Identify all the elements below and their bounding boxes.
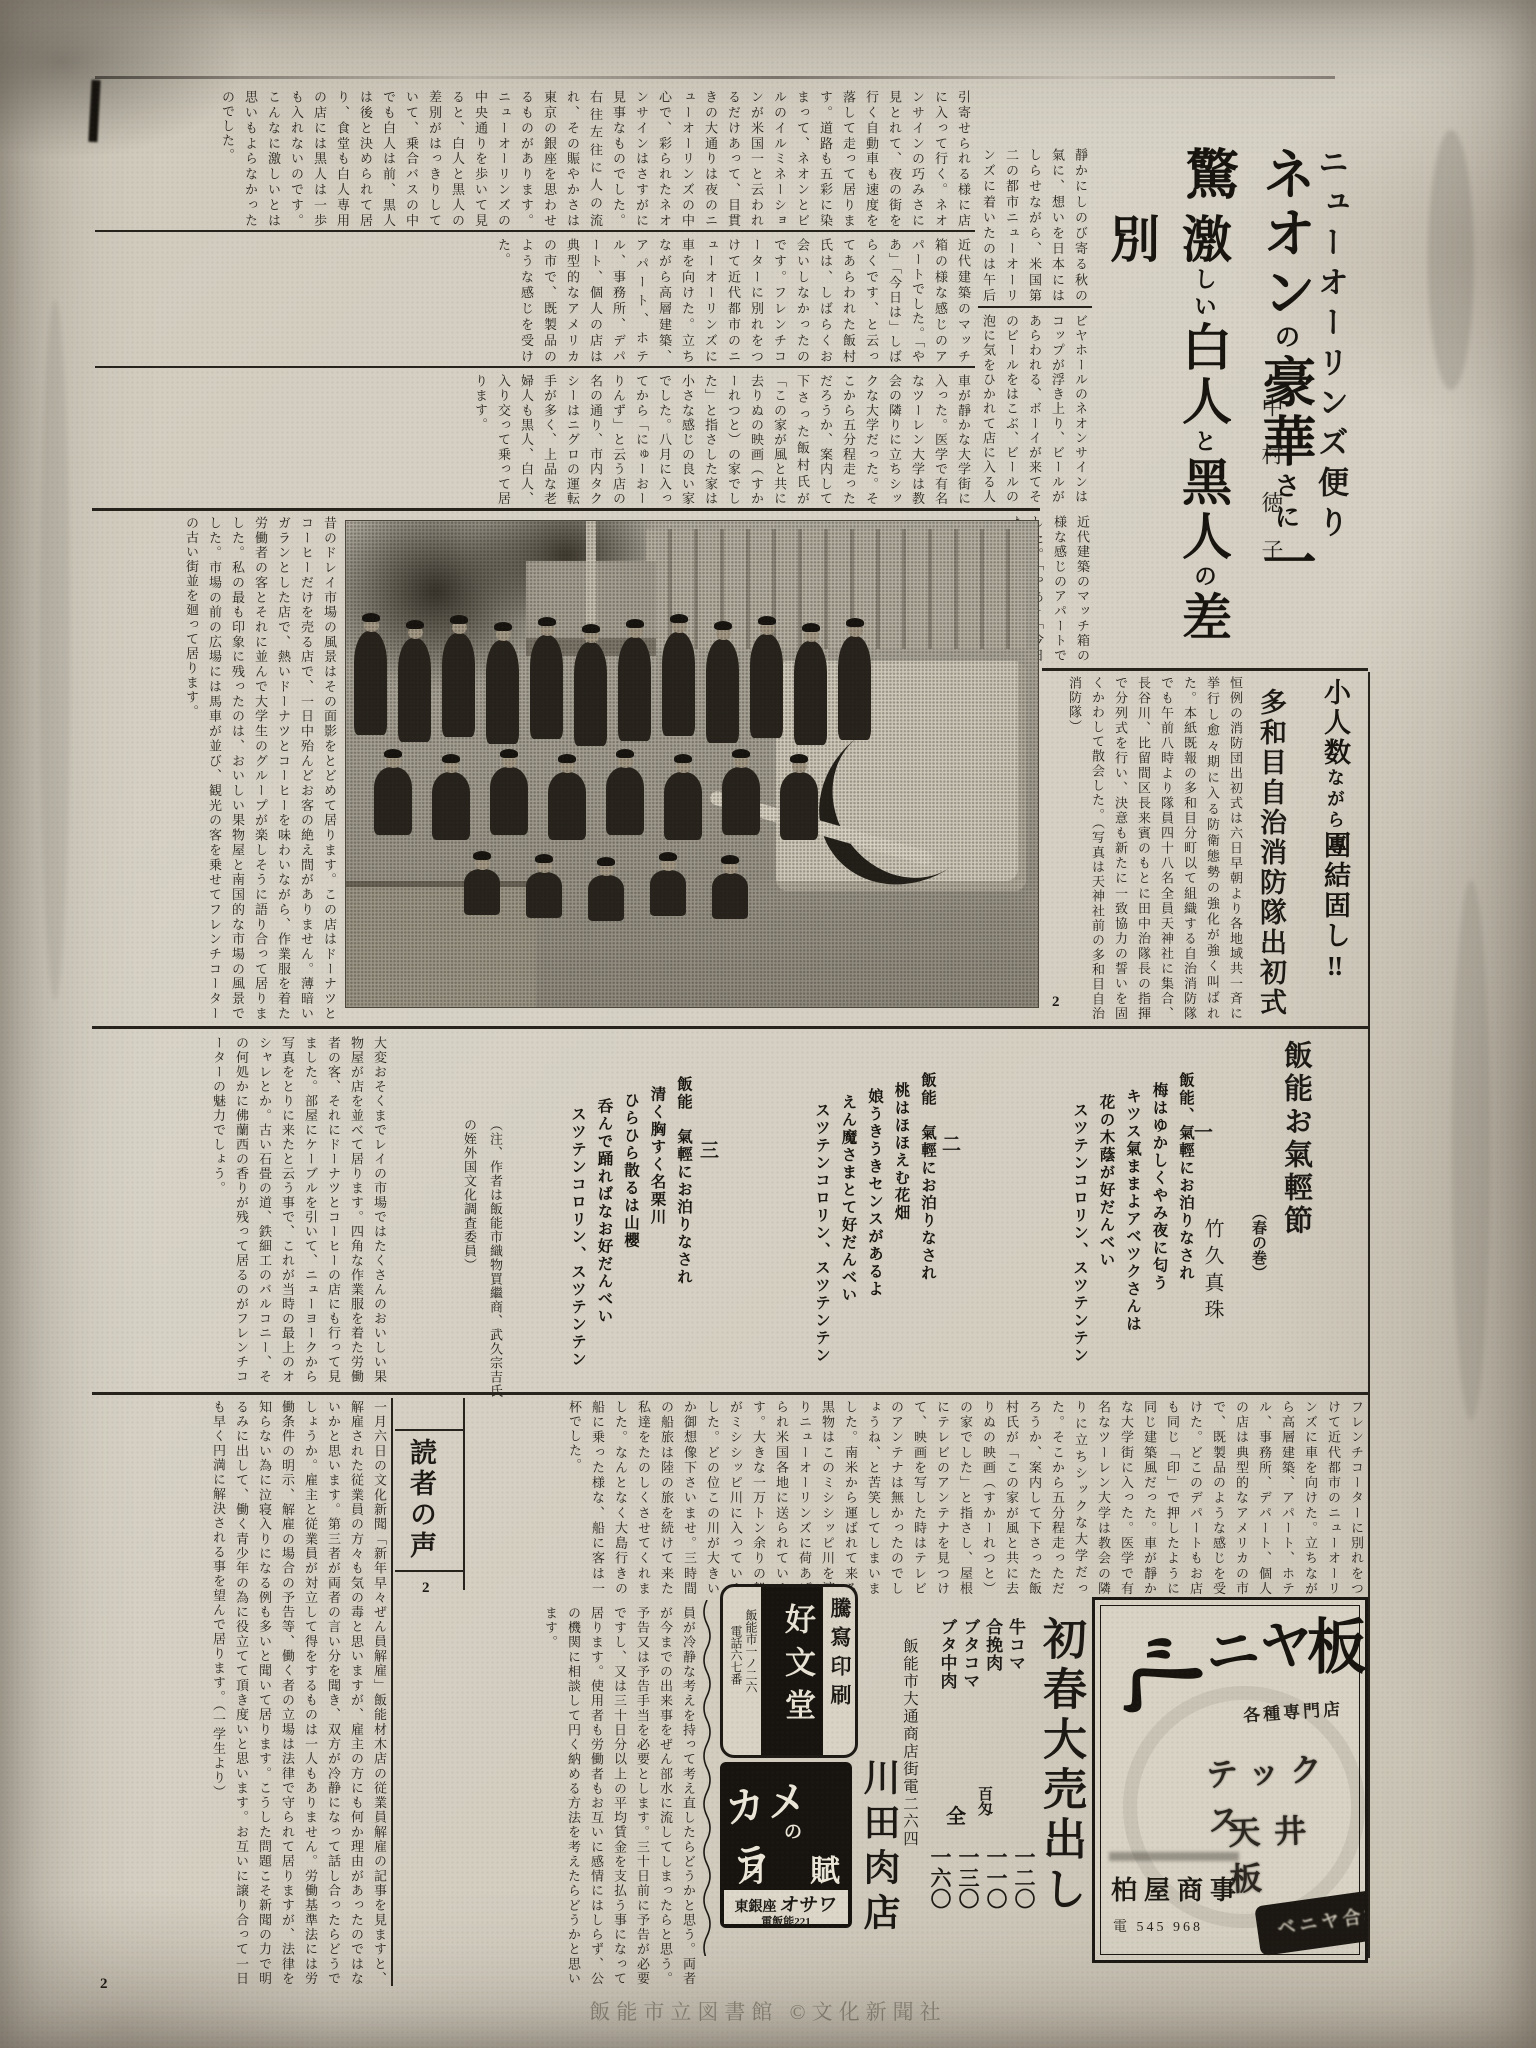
photo-figure xyxy=(450,615,468,624)
ad-kobundo: 騰寫印刷 好文堂 飯能市一ノ二六 電話六七番 xyxy=(720,1584,858,1758)
photo-figure xyxy=(384,749,402,758)
ad-kobundo-shop: 好文堂 xyxy=(775,1603,820,1743)
photo-figure xyxy=(442,633,475,737)
photo-figure xyxy=(732,749,750,758)
photo-figure xyxy=(674,754,692,763)
headline-segment: ながら xyxy=(1325,768,1345,831)
ad-benya-item2: 天井板 xyxy=(1227,1804,1366,1901)
poem-verse-2: 飯能 氣輕にお泊りなされ桃はほほえむ花畑娘うきうきセンスがあるよえん魔さまとて好… xyxy=(800,1072,935,1387)
photo-figure xyxy=(473,851,491,860)
photo-figure xyxy=(780,772,818,840)
column-number: 2 xyxy=(422,1580,430,1597)
ad-camera-shop-pre: 東銀座 xyxy=(734,1900,776,1915)
article-text-band-b: 近代建築のマッチ箱の様な感じのアパートでした。「やあ」「今日は」しばらくです、と… xyxy=(95,238,975,364)
ad-camera-tel: 電飯能221 xyxy=(724,1917,848,1928)
scan-smudge xyxy=(1452,880,1490,1420)
photo-figure xyxy=(802,623,820,632)
photo-figure xyxy=(526,872,562,918)
photo-figure xyxy=(494,622,512,631)
ad-benya-shop: 柏屋商事 xyxy=(1111,1870,1243,1907)
ad-benya-smudge xyxy=(1109,1852,1239,1861)
ad-benya-tel: 電 545 968 xyxy=(1113,1916,1203,1936)
verse-number: 二 xyxy=(936,1134,963,1153)
rule-major xyxy=(92,1026,1368,1029)
ad-camera-shop: オサワ xyxy=(779,1890,840,1917)
photo-figure xyxy=(432,772,470,840)
photo-figure xyxy=(794,641,827,745)
list-item: 飯能 氣輕にお泊りなされ xyxy=(676,1076,692,1391)
photo-figure xyxy=(588,875,624,921)
photo-figure xyxy=(500,749,518,758)
photo-figure xyxy=(758,616,776,625)
scan-caption: 飯能市立図書館 ©文化新聞社 xyxy=(458,1996,1078,2026)
fire-article-body: 恒例の消防団出初式は六日早朝より各地域共一斉に挙行し愈々期に入る防衛態勢の強化が… xyxy=(1042,676,1247,1021)
list-item: 一三〇 xyxy=(957,1846,978,1932)
rule xyxy=(391,1398,393,1986)
photo xyxy=(345,520,1039,1008)
photo-figure xyxy=(406,620,424,629)
headline-segment: 團結固し xyxy=(1320,831,1350,951)
poem-subtitle: （春の巻） xyxy=(1248,1205,1269,1305)
list-item: 一二〇 xyxy=(1013,1846,1034,1932)
ad-kawada-all: 全 xyxy=(946,1800,966,1829)
column-number: 2 xyxy=(1052,994,1060,1011)
poem-verse-3: 飯能 氣輕にお泊りなされ清く胸すく名栗川ひらひら散るは山櫻呑んで踊ればなお好だん… xyxy=(556,1076,691,1391)
list-item: ひらひら散るは山櫻 xyxy=(623,1092,639,1391)
ad-camera: カメラ の 月 賦 東銀座 オサワ 電飯能221 xyxy=(720,1762,852,1928)
photo-figure xyxy=(538,617,556,626)
article-text-left-of-photo: 昔のドレイ市場の風景はその面影をとどめて居ります。この店はドーナツとコーヒーだけ… xyxy=(95,516,341,1021)
photo-figure xyxy=(606,767,644,835)
scan-top-line xyxy=(95,76,1335,79)
ad-kobundo-tel: 電話六七番 xyxy=(728,1625,745,1735)
ad-kawada: 初春大売出し 牛コマ合挽肉ブタコマブタ中肉 百匁 全 一二〇一一〇一三〇一六〇 … xyxy=(850,1600,1088,1952)
photo-figure xyxy=(838,636,871,740)
ad-kawada-items: 牛コマ合挽肉ブタコマブタ中肉 xyxy=(928,1618,1024,1768)
series-title: ニューオーリンズ便り xyxy=(1308,146,1353,606)
photo-figure xyxy=(790,754,808,763)
list-item: 飯能 氣輕にお泊りなされ xyxy=(920,1072,936,1387)
photo-figure xyxy=(714,621,732,630)
photo-figure xyxy=(618,637,651,741)
list-item: 牛コマ xyxy=(1006,1618,1024,1768)
list-item: 花の木蔭が好だんべい xyxy=(1098,1094,1114,1387)
ad-kobundo-address: 飯能市一ノ二六 xyxy=(743,1609,760,1735)
article-text-left-mid: 大変おそくまでレイの市場ではたくさんのおいしい果物屋が店を並べて居ります。四角な… xyxy=(95,1036,391,1384)
list-item: 一一〇 xyxy=(985,1846,1006,1932)
rule-major xyxy=(92,1392,1368,1395)
ad-kawada-shop: 川田肉店 xyxy=(850,1758,904,1952)
headline-segment: ‼ xyxy=(1320,951,1350,984)
list-item: スツテンコロリン、スツテンテン xyxy=(570,1106,586,1391)
rule xyxy=(395,1570,463,1572)
list-item: 呑んで踊ればなお好だんべい xyxy=(596,1098,612,1391)
photo-figure xyxy=(750,634,783,738)
poem-verse-1: 飯能、氣輕にお泊りなされ梅はゆかしくやみ夜に匂うキツス氣ままよアベツクさんは花の… xyxy=(1058,1072,1193,1387)
photo-figure xyxy=(722,767,760,835)
article-intro: 靜かにしのび寄る秋の氣に、想いを日本にはしらせながら、米国第二の都市ニューオーリ… xyxy=(980,148,1092,303)
ad-camera-particle: の xyxy=(784,1818,802,1844)
rule xyxy=(95,366,975,368)
headline-segment: の xyxy=(1271,323,1300,354)
photo-figure xyxy=(374,767,412,835)
ad-camera-strip: 東銀座 オサワ 電飯能221 xyxy=(724,1890,848,1924)
rule-major xyxy=(1042,668,1368,671)
ad-kawada-unit: 百匁 xyxy=(974,1786,995,1826)
photo-figure xyxy=(721,855,739,864)
fire-headline-main: 多和目自治消防隊出初式 xyxy=(1252,688,1291,1018)
photo-figure xyxy=(354,631,387,735)
photo-figure xyxy=(712,873,748,919)
photo-figure xyxy=(558,754,576,763)
list-item: 梅はゆかしくやみ夜に匂う xyxy=(1151,1082,1167,1387)
photo-figure xyxy=(398,638,431,742)
article-text-band-f: フレンチコーターに別れをつけて近代都市のニューオーリンズに車を向けた。立ちながら… xyxy=(468,1400,1368,1596)
article-text-beerhall: ビヤホールのネオンサインはコップが浮き上り、ビールがあらわれる、ボーイが来てその… xyxy=(980,314,1092,504)
poem-author: 竹久真珠 xyxy=(1198,1218,1227,1338)
photo-figure xyxy=(664,772,702,840)
photo-figure xyxy=(464,869,500,915)
photo-figure xyxy=(362,613,380,622)
rule xyxy=(95,230,975,232)
verse-number: 三 xyxy=(694,1140,721,1159)
photo-figure xyxy=(626,619,644,628)
scan-smudge xyxy=(40,300,70,1000)
headline-segment: 小人数 xyxy=(1320,678,1350,768)
list-item: スツテンコロリン、スツテンテン xyxy=(1072,1102,1088,1387)
rule-major xyxy=(92,508,1040,511)
readers-header: 読者の声 xyxy=(402,1438,441,1566)
list-item: 一六〇 xyxy=(929,1846,950,1932)
photo-figure xyxy=(490,767,528,835)
photo-figure xyxy=(659,852,677,861)
headline-neon: ネオンの豪華さに一驚 xyxy=(1170,146,1324,611)
scan-smudge xyxy=(1428,130,1474,390)
rule xyxy=(978,306,1092,308)
list-item: キツス氣ままよアベツクさんは xyxy=(1125,1088,1141,1387)
rule-right-edge xyxy=(1368,672,1370,1958)
list-item: 桃はほほえむ花畑 xyxy=(893,1082,909,1387)
list-item: スツテンコロリン、スツテンテン xyxy=(814,1102,830,1387)
photo-figure xyxy=(574,642,607,746)
photo-figure xyxy=(670,614,688,623)
poem-title: 飯能お氣輕節 xyxy=(1276,1040,1317,1270)
list-item: 清く胸すく名栗川 xyxy=(649,1086,665,1391)
fire-headline-sub: 小人数ながら團結固し‼ xyxy=(1316,678,1355,1008)
photo-figure xyxy=(706,639,739,743)
ad-benya: ベ ニヤ 板 各種専門店 テックス 天井板 柏屋商事 電 545 968 ベニヤ… xyxy=(1092,1597,1368,1963)
photo-figures xyxy=(346,521,1038,1007)
readers-letter-left: 一月六日の文化新聞「新年早々ぜん員解雇」飯能材木店の従業員解雇の記事を見ますと、… xyxy=(95,1400,391,1986)
ad-camera-sub: 月 賦 xyxy=(738,1846,846,1890)
wavy-divider xyxy=(700,1600,714,1956)
list-item: ブタコマ xyxy=(960,1618,978,1768)
rule xyxy=(395,1429,463,1431)
photo-figure xyxy=(442,754,460,763)
ad-benya-niya: ニヤ xyxy=(1201,1601,1316,1689)
list-item: 合挽肉 xyxy=(983,1618,1001,1768)
page-number: 2 xyxy=(100,1976,108,1993)
list-item: えん魔さまとて好だんべい xyxy=(840,1094,856,1387)
photo-figure xyxy=(846,618,864,627)
photo-figure xyxy=(597,857,615,866)
ad-benya-stamp-text: ベニヤ合板 xyxy=(1276,1903,1368,1938)
photo-figure xyxy=(650,870,686,916)
article-text-band-a: 引寄せられる様に店に入って行く。ネオンサインの巧みさに見とれて、夜の街を行く自動… xyxy=(95,90,975,228)
newspaper-page: 引寄せられる様に店に入って行く。ネオンサインの巧みさに見とれて、夜の街を行く自動… xyxy=(0,0,1536,2048)
photo-figure xyxy=(535,854,553,863)
headline-segment: ネオン xyxy=(1255,146,1315,323)
article-text-band-c: 車が靜かな大学街に入った。医学で有名なツーレン大学は教会の隣りに立ちシックな大学… xyxy=(95,374,975,506)
list-item: ブタ中肉 xyxy=(938,1618,956,1768)
photo-figure xyxy=(548,772,586,840)
photo-figure xyxy=(662,632,695,736)
poem-note: （注、作者は飯能市織物買繼商、武久宗吉氏の姪外国文化調査委員） xyxy=(440,1118,508,1398)
list-item: 飯能、氣輕にお泊りなされ xyxy=(1178,1072,1194,1387)
photo-figure xyxy=(530,635,563,739)
ad-benya-ita: 板 xyxy=(1307,1600,1367,1686)
photo-figure xyxy=(616,749,634,758)
ad-kawada-prices: 一二〇一一〇一三〇一六〇 xyxy=(924,1846,1034,1932)
byline: 中村徳子 xyxy=(1256,395,1287,600)
photo-figure xyxy=(486,640,519,744)
readers-letter-inner: 員が冷静な考えを持って考え直したらどうかと思う。両者が今までの出来事をぜん部水に… xyxy=(468,1606,700,1986)
list-item: 娘うきうきセンスがあるよ xyxy=(867,1088,883,1387)
photo-figure xyxy=(582,624,600,633)
rule xyxy=(463,1398,465,1590)
ad-kawada-main: 初春大売出し xyxy=(1028,1616,1092,1938)
